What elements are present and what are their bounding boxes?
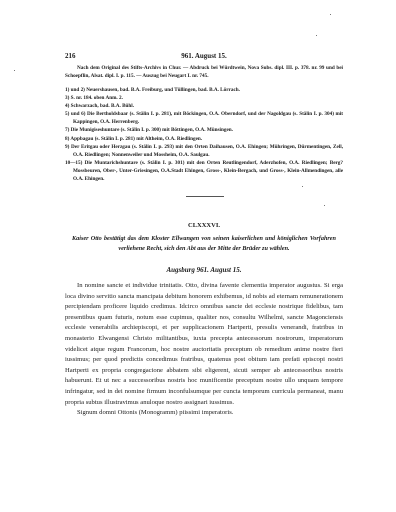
footnote: 10—15) Die Muntarichshuntare (s. Stälin … xyxy=(65,159,343,183)
scan-speck xyxy=(316,35,317,36)
footnote: 1) und 2) Neuershausen, bad. B.A. Freibu… xyxy=(65,86,343,94)
footnote: 4) Schwarzach, bad. B.A. Bühl. xyxy=(65,102,343,110)
running-title: 961. August 15. xyxy=(65,52,343,60)
scan-speck xyxy=(324,205,325,206)
scan-speck xyxy=(330,14,331,15)
page-header: 216 961. August 15. xyxy=(65,52,343,62)
source-note: Nach dem Original des Stifts-Archivs in … xyxy=(65,64,343,80)
footnote: 9) Der Eritgau oder Herzgau (s. Stälin I… xyxy=(65,143,343,159)
document-page: 216 961. August 15. Nach dem Original de… xyxy=(0,0,396,512)
dateline: Augsburg 961. August 15. xyxy=(65,266,343,274)
footnote: 3) S. nr. 184. oben Anm. 2. xyxy=(65,94,343,102)
section-separator xyxy=(186,196,224,197)
regest-summary: Kaiser Otto bestätigt das dem Kloster El… xyxy=(72,234,336,254)
scan-speck xyxy=(14,70,15,71)
scan-speck xyxy=(302,186,303,187)
footnote: 8) Appbagau (s. Stälin I. p. 281) mit Al… xyxy=(65,135,343,143)
document-number: CLXXXVI. xyxy=(65,222,343,229)
footnote: 5) und 6) Die Bertholdsbaar (s. Stälin I… xyxy=(65,110,343,126)
footnote: 7) Die Munigiseshuntare (s. Stälin I. p.… xyxy=(65,126,343,134)
charter-text: In nomine sancte et individue trinitatis… xyxy=(65,281,343,419)
source-note-text: Nach dem Original des Stifts-Archivs in … xyxy=(65,64,343,80)
footnotes: 1) und 2) Neuershausen, bad. B.A. Freibu… xyxy=(65,86,343,183)
signum-line: Signum domni Ottonis (Monogramm) piissim… xyxy=(65,408,343,419)
charter-paragraph: In nomine sancte et individue trinitatis… xyxy=(65,281,343,408)
